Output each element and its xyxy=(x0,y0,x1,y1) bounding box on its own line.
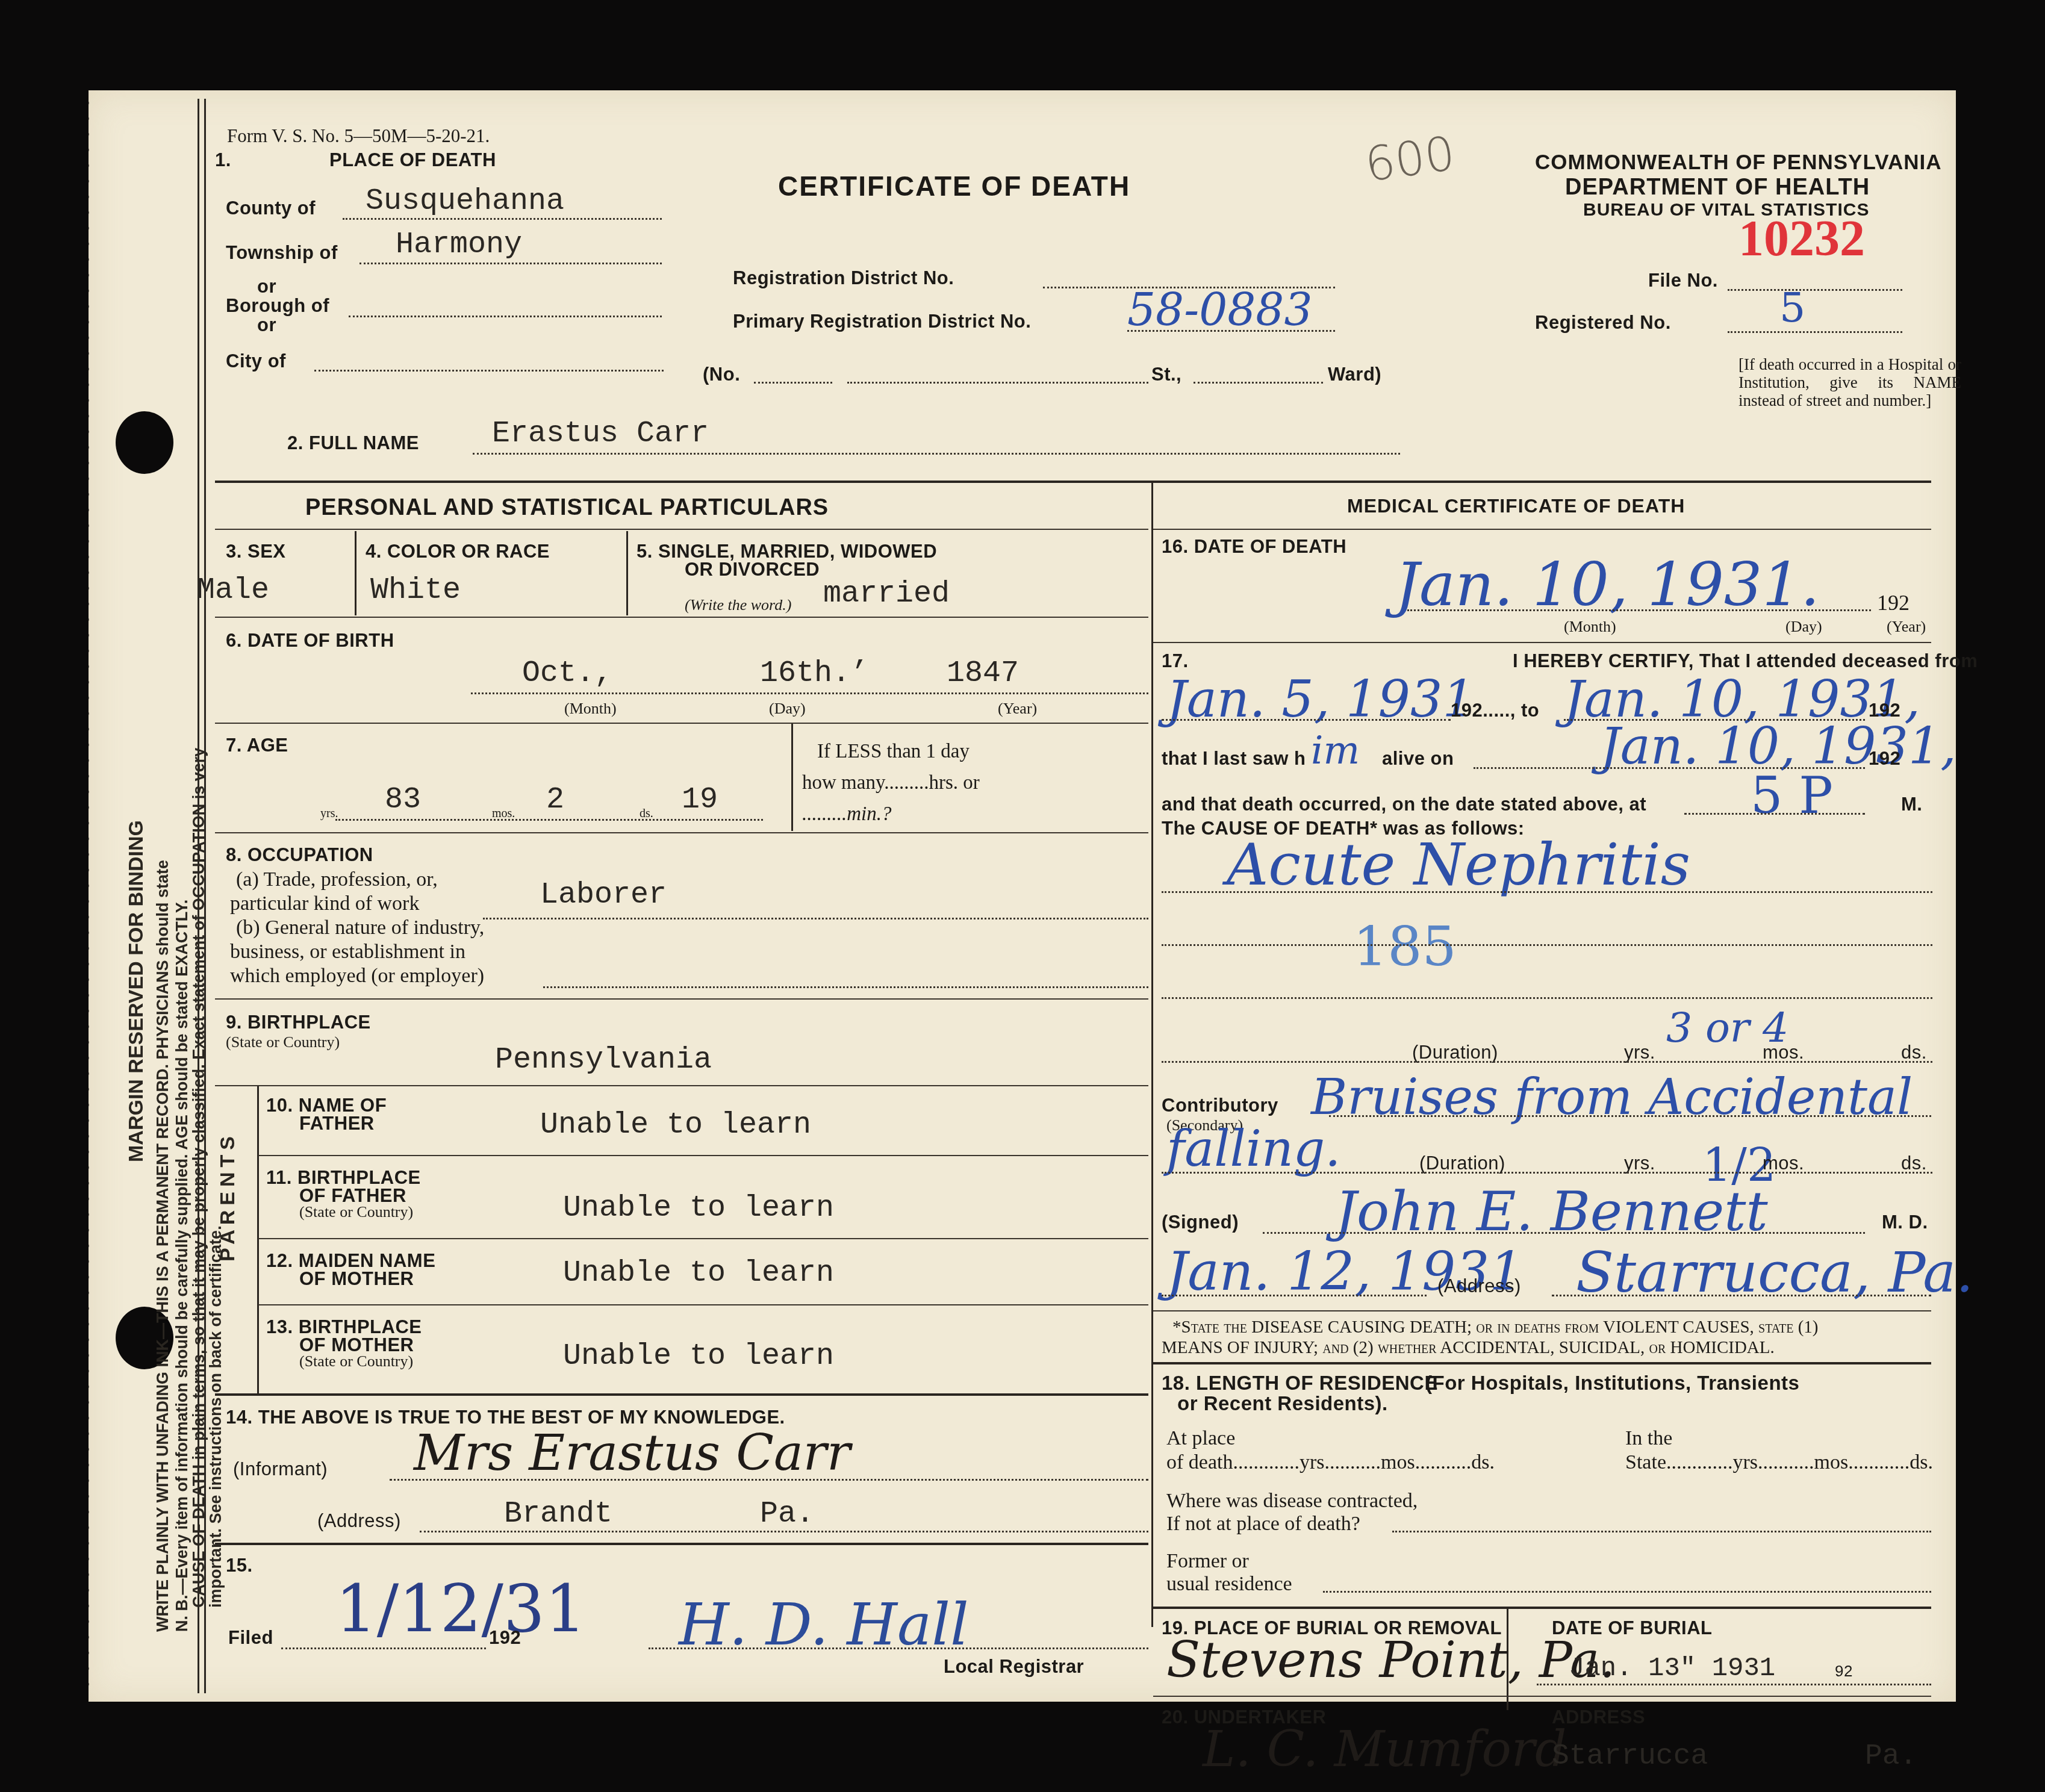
less-than-day-1: If LESS than 1 day xyxy=(817,741,970,763)
father-bp-value[interactable]: Unable to learn xyxy=(563,1191,834,1225)
occupation-label: 8. OCCUPATION xyxy=(226,844,373,866)
registrar-label: Local Registrar xyxy=(944,1656,1084,1678)
rule xyxy=(215,723,1148,724)
informant-signature[interactable]: Mrs Erastus Carr xyxy=(414,1425,850,1482)
full-name-field-line xyxy=(473,453,1400,455)
contrib-ds-label: ds. xyxy=(1901,1153,1927,1174)
burial-date-value[interactable]: Jan. 13" 1931 xyxy=(1569,1654,1775,1684)
month-caption: (Month) xyxy=(564,700,617,718)
pencil-note: 600 xyxy=(1362,126,1458,193)
father-bp-sub: (State or Country) xyxy=(299,1203,413,1221)
street-no-field[interactable] xyxy=(754,382,832,384)
parents-side-label: PARENTS xyxy=(216,1131,240,1262)
undertaker-signature[interactable]: L. C. Mumford xyxy=(1203,1721,1566,1778)
contracted-line[interactable] xyxy=(1392,1531,1931,1532)
burial-date-label: DATE OF BURIAL xyxy=(1552,1617,1712,1639)
burial-date-line xyxy=(1537,1684,1931,1685)
death-certificate-form: Form V. S. No. 5—50M—5-20-21. 1. PLACE O… xyxy=(215,114,1937,1686)
cause-line-1 xyxy=(1162,891,1932,893)
rule xyxy=(215,832,1148,833)
or-1: or xyxy=(257,276,276,297)
residence-heading: 18. LENGTH OF RESIDENCE xyxy=(1162,1372,1438,1395)
mother-name-value[interactable]: Unable to learn xyxy=(563,1256,834,1290)
medical-heading: MEDICAL CERTIFICATE OF DEATH xyxy=(1347,495,1685,517)
filed-date-line xyxy=(281,1647,486,1649)
birthplace-value[interactable]: Pennsylvania xyxy=(495,1043,712,1077)
file-number-stamp: 10232 xyxy=(1738,210,1865,268)
dob-label: 6. DATE OF BIRTH xyxy=(226,630,394,652)
contracted-2: If not at place of death? xyxy=(1166,1513,1360,1535)
agency-commonwealth: COMMONWEALTH OF PENNSYLVANIA xyxy=(1535,151,1941,175)
occupation-value[interactable]: Laborer xyxy=(540,878,667,912)
age-months[interactable]: 2 xyxy=(546,783,564,817)
physician-address-label: (Address) xyxy=(1437,1275,1521,1297)
dob-year[interactable]: 1847 xyxy=(947,656,1019,691)
duration-mos-label: mos. xyxy=(1763,1042,1804,1063)
rule xyxy=(1153,1696,1931,1697)
duration-yrs-label: yrs. xyxy=(1624,1042,1655,1063)
informant-address-label: (Address) xyxy=(317,1510,401,1532)
signed-line xyxy=(1263,1232,1865,1234)
footnote-2: MEANS OF INJURY; and (2) whether ACCIDEN… xyxy=(1162,1338,1775,1358)
certificate-paper: MARGIN RESERVED FOR BINDING WRITE PLAINL… xyxy=(89,90,1956,1702)
cause-value[interactable]: Acute Nephritis xyxy=(1227,831,1690,898)
last-saw-year-prefix: 192 xyxy=(1869,748,1900,770)
ward-field[interactable] xyxy=(1194,382,1323,384)
cert-text: I HEREBY CERTIFY, That I attended deceas… xyxy=(1513,650,1978,672)
physician-signature[interactable]: John E. Bennett xyxy=(1335,1180,1768,1243)
rule xyxy=(215,1393,1148,1396)
divider xyxy=(791,724,793,831)
death-time-label: and that death occurred, on the date sta… xyxy=(1162,794,1646,815)
marital-label-2: OR DIVORCED xyxy=(685,559,820,580)
signed-date-line xyxy=(1162,1295,1427,1296)
age-days[interactable]: 19 xyxy=(682,783,718,817)
rule xyxy=(258,1304,1148,1305)
former-residence-line[interactable] xyxy=(1323,1591,1931,1593)
occ-b-1: (b) General nature of industry, xyxy=(236,916,484,939)
registration-district-label: Registration District No. xyxy=(733,267,954,289)
at-place-1: At place xyxy=(1166,1427,1235,1450)
city-field-line[interactable] xyxy=(314,370,664,372)
rule xyxy=(258,1155,1148,1156)
primary-district-label: Primary Registration District No. xyxy=(733,311,1031,332)
dob-month[interactable]: Oct., xyxy=(522,656,612,691)
street-label: St., xyxy=(1151,364,1181,385)
to-label: 192....., to xyxy=(1451,700,1539,721)
informant-address-city[interactable]: Brandt xyxy=(504,1497,612,1531)
rule xyxy=(215,998,1148,1000)
dod-field-line xyxy=(1407,609,1871,611)
file-no-field[interactable] xyxy=(1728,289,1902,291)
year-caption: (Year) xyxy=(998,700,1037,718)
occ-b-3: which employed (or employer) xyxy=(230,965,484,988)
dod-month-cap: (Month) xyxy=(1564,618,1616,636)
mother-bp-sub: (State or Country) xyxy=(299,1352,413,1370)
m-label: M. xyxy=(1901,794,1922,815)
divider xyxy=(355,531,356,615)
place-of-death-heading: PLACE OF DEATH xyxy=(329,149,496,171)
section-rule xyxy=(215,481,1931,483)
dob-field-line xyxy=(471,692,1148,694)
contributory-line xyxy=(1329,1115,1931,1117)
alive-on-label: alive on xyxy=(1382,748,1454,770)
footnote-1: *State the DISEASE CAUSING DEATH; or in … xyxy=(1172,1318,1819,1337)
mother-bp-value[interactable]: Unable to learn xyxy=(563,1339,834,1374)
rule xyxy=(1153,529,1931,530)
father-name-label-2: FATHER xyxy=(299,1113,375,1134)
race-value[interactable]: White xyxy=(370,573,461,608)
township-value[interactable]: Harmony xyxy=(396,228,522,262)
in-state-2[interactable]: State.............yrs...........mos.....… xyxy=(1625,1451,1933,1474)
md-label: M. D. xyxy=(1882,1212,1928,1233)
divider xyxy=(626,531,628,615)
former-2: usual residence xyxy=(1166,1573,1292,1596)
undertaker-address-city[interactable]: Starrucca xyxy=(1552,1740,1708,1773)
margin-line-2: N. B.—Every item of information should b… xyxy=(173,900,191,1632)
registered-no-value[interactable]: 5 xyxy=(1779,284,1805,332)
contrib-duration-label: (Duration) xyxy=(1419,1153,1505,1174)
undertaker-address-state[interactable]: Pa. xyxy=(1865,1740,1917,1773)
margin-instructions: MARGIN RESERVED FOR BINDING WRITE PLAINL… xyxy=(89,90,197,1702)
physician-address-line xyxy=(1552,1295,1931,1296)
age-field-line xyxy=(335,819,763,821)
less-than-day-2: how many.........hrs. or xyxy=(802,772,980,794)
at-place-2[interactable]: of death.............yrs...........mos..… xyxy=(1166,1451,1495,1474)
dod-year-prefix: 192 xyxy=(1877,590,1910,615)
rule xyxy=(1153,642,1931,643)
township-label: Township of xyxy=(226,242,338,264)
contrib-mos-label: mos. xyxy=(1763,1153,1804,1174)
duration-ds-label: ds. xyxy=(1901,1042,1927,1063)
residence-heading-note-2: or Recent Residents). xyxy=(1177,1392,1388,1415)
former-1: Former or xyxy=(1166,1550,1249,1573)
full-name-value[interactable]: Erastus Carr xyxy=(492,417,709,451)
undertaker-address-label: ADDRESS xyxy=(1552,1706,1645,1728)
registrar-signature[interactable]: H. D. Hall xyxy=(679,1591,969,1658)
parents-divider xyxy=(257,1086,259,1393)
rule xyxy=(258,1238,1148,1239)
column-divider xyxy=(1151,483,1153,1627)
duration-line xyxy=(1162,1061,1932,1063)
county-value[interactable]: Susquehanna xyxy=(366,184,564,219)
registered-no-label: Registered No. xyxy=(1535,312,1671,334)
cause-line-3 xyxy=(1162,997,1932,999)
contrib-yrs-label: yrs. xyxy=(1624,1153,1655,1174)
margin-binding-text: MARGIN RESERVED FOR BINDING xyxy=(125,820,148,1162)
city-label: City of xyxy=(226,350,286,372)
file-no-label: File No. xyxy=(1648,270,1718,291)
rule xyxy=(1153,1362,1931,1364)
dod-day-cap: (Day) xyxy=(1785,618,1822,636)
county-label: County of xyxy=(226,198,316,219)
certificate-title: CERTIFICATE OF DEATH xyxy=(778,170,1130,202)
occupation-field-line xyxy=(483,918,1148,919)
township-field-line xyxy=(360,263,662,264)
full-name-label: 2. FULL NAME xyxy=(287,432,419,454)
occ-a-1: (a) Trade, profession, or, xyxy=(236,868,438,891)
margin-line-1: WRITE PLAINLY WITH UNFADING INK—THIS IS … xyxy=(154,860,172,1632)
rule xyxy=(1153,1310,1931,1311)
last-saw-pronoun[interactable]: im xyxy=(1311,729,1360,773)
birthplace-label: 9. BIRTHPLACE xyxy=(226,1012,371,1033)
death-time-line xyxy=(1684,813,1865,815)
birthplace-sub: (State or Country) xyxy=(226,1033,340,1051)
registered-no-field xyxy=(1728,331,1902,333)
sex-value[interactable]: Male xyxy=(197,573,269,608)
father-name-value[interactable]: Unable to learn xyxy=(540,1108,811,1142)
rule xyxy=(215,617,1148,618)
rule xyxy=(215,1543,1148,1545)
agency-department: DEPARTMENT OF HEALTH xyxy=(1565,175,1870,201)
burial-place-value[interactable]: Stevens Point, Pa. xyxy=(1166,1632,1615,1689)
street-no-label: (No. xyxy=(703,364,740,385)
borough-field-line[interactable] xyxy=(349,316,662,317)
informant-address-state[interactable]: Pa. xyxy=(760,1497,814,1531)
rule xyxy=(1153,1607,1931,1609)
form-number: Form V. S. No. 5—50M—5-20-21. xyxy=(227,125,490,147)
less-than-day-3: .........min.? xyxy=(802,803,892,826)
rule xyxy=(215,1085,1148,1086)
burial-date-suffix: 92 xyxy=(1835,1662,1853,1681)
rule xyxy=(215,529,1148,530)
attended-from-line xyxy=(1162,719,1451,721)
residence-heading-note: (For Hospitals, Institutions, Transients xyxy=(1425,1372,1799,1395)
filed-label: Filed xyxy=(228,1627,273,1649)
age-label: 7. AGE xyxy=(226,735,288,756)
margin-rule-2 xyxy=(204,99,206,1693)
last-saw-label: that I last saw h xyxy=(1162,748,1306,770)
dob-day[interactable]: 16th.’ xyxy=(760,656,868,691)
dod-label: 16. DATE OF DEATH xyxy=(1162,536,1346,558)
place-of-death-num: 1. xyxy=(215,149,231,171)
age-years[interactable]: 83 xyxy=(385,783,421,817)
sex-label: 3. SEX xyxy=(226,541,286,562)
mother-name-label-2: OF MOTHER xyxy=(299,1268,414,1290)
marital-hint: (Write the word.) xyxy=(685,596,791,614)
margin-rule-1 xyxy=(198,99,199,1693)
death-time-value[interactable]: 5 P xyxy=(1751,766,1833,825)
or-2: or xyxy=(257,314,276,336)
contracted-1: Where was disease contracted, xyxy=(1166,1490,1418,1513)
day-caption: (Day) xyxy=(769,700,806,718)
filing-num: 15. xyxy=(226,1555,253,1576)
duration-label: (Duration) xyxy=(1412,1042,1498,1063)
signed-label: (Signed) xyxy=(1162,1212,1239,1233)
informant-label: (Informant) xyxy=(233,1458,328,1480)
race-label: 4. COLOR OR RACE xyxy=(366,541,550,562)
hospital-note: [If death occurred in a Hospital or Inst… xyxy=(1738,355,1961,409)
contributory-value[interactable]: Bruises from Accidental falling. xyxy=(1166,1072,1937,1175)
dod-year-cap: (Year) xyxy=(1887,618,1926,636)
filed-year-prefix: 192 xyxy=(489,1627,521,1649)
ward-label: Ward) xyxy=(1328,364,1381,385)
in-state-1: In the xyxy=(1625,1427,1672,1450)
occ-b-2: business, or establishment in xyxy=(230,941,465,963)
primary-district-value[interactable]: 58-0883 xyxy=(1127,284,1313,336)
contrib-duration-line xyxy=(1162,1172,1932,1174)
industry-field-line[interactable] xyxy=(543,986,1148,988)
street-name-field[interactable] xyxy=(847,382,1148,384)
cause-code: 185 xyxy=(1353,915,1457,978)
cert-num: 17. xyxy=(1162,650,1189,672)
personal-heading: PERSONAL AND STATISTICAL PARTICULARS xyxy=(305,495,829,521)
filed-date-value[interactable]: 1/12/31 xyxy=(335,1572,586,1647)
borough-label: Borough of xyxy=(226,295,329,317)
marital-value[interactable]: married xyxy=(823,577,950,611)
cause-line-2 xyxy=(1162,944,1932,946)
occ-a-2: particular kind of work xyxy=(230,892,419,915)
